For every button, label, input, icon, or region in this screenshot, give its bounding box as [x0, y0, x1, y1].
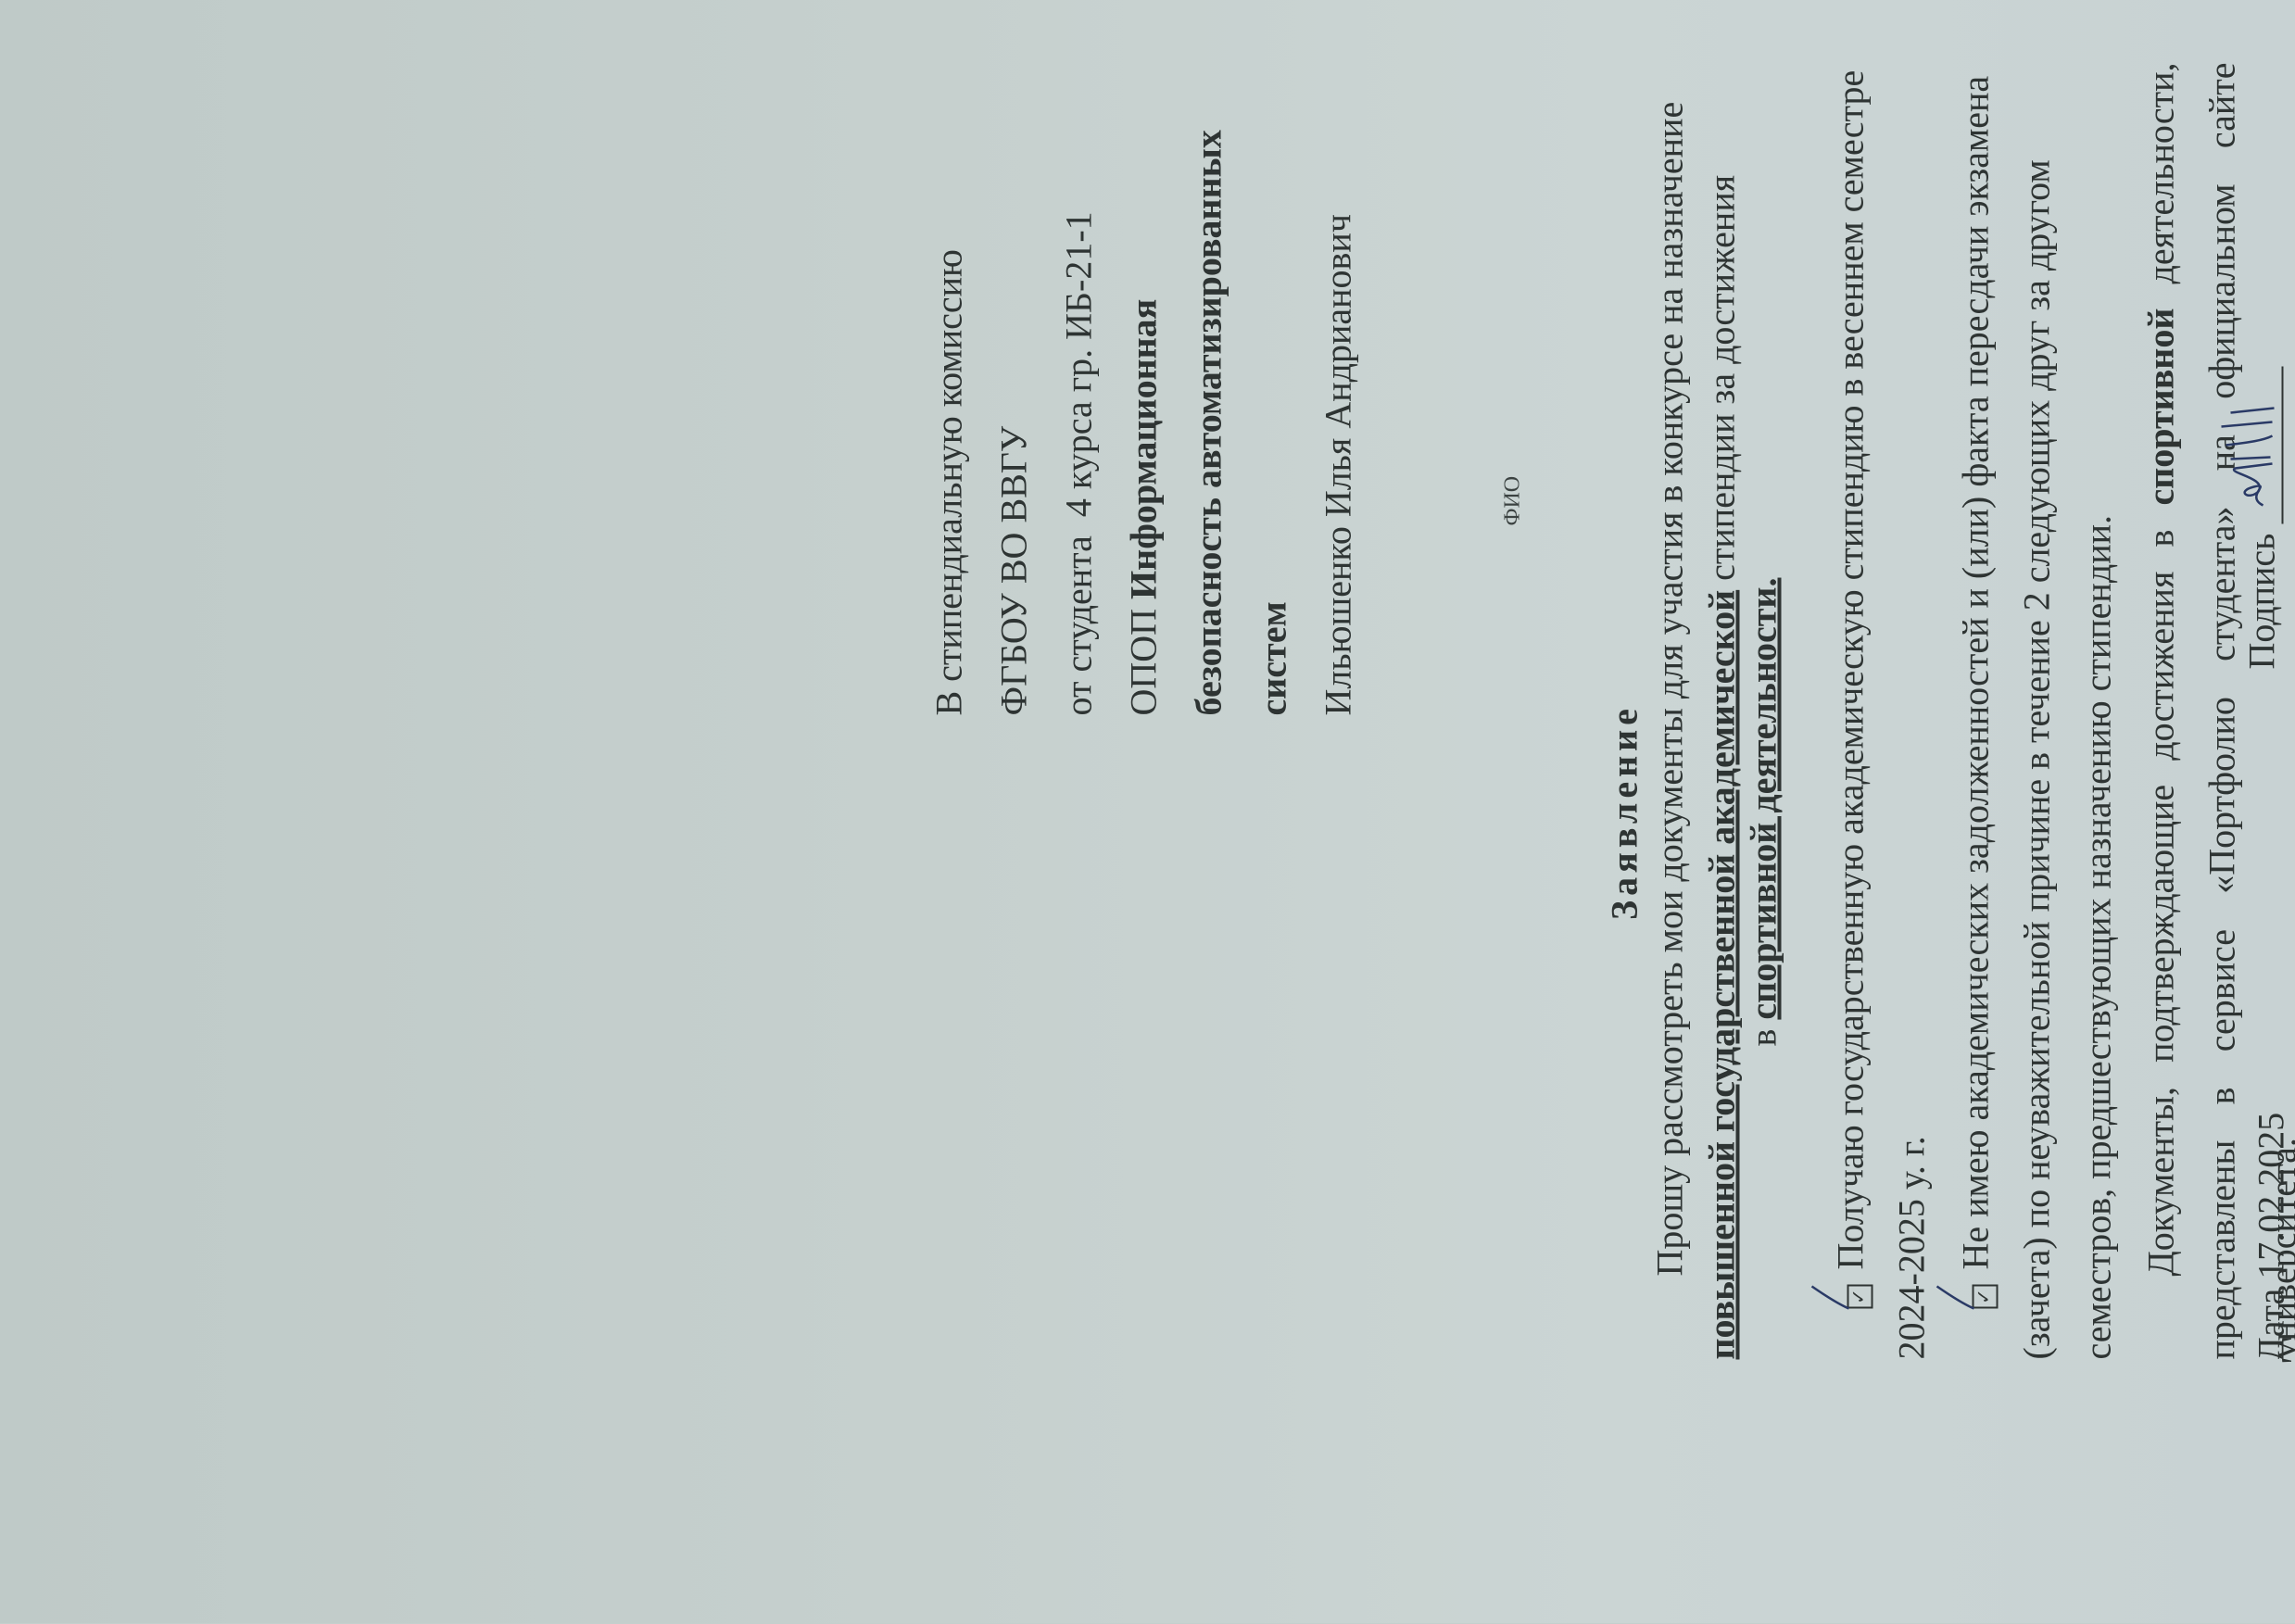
achievement-area: в спортивной деятельности. — [1742, 1, 1785, 1624]
condition-1-continued: 2024-2025 у. г. — [1882, 63, 1943, 1360]
student-line: от студента 4 курса гр. ИБ-21-1 — [1047, 49, 1112, 716]
scholarship-type: повышенной государственной академической — [1701, 590, 1743, 1360]
checkbox-icon[interactable]: ✓ — [1973, 1285, 1999, 1309]
addressee-line: В стипендиальную комиссию — [917, 49, 982, 716]
addressee-block: В стипендиальную комиссию ФГБОУ ВО ВВГУ … — [917, 49, 1371, 716]
program-line-2: безопасность автоматизированных — [1177, 49, 1242, 716]
program-line: ОПОП Информационная — [1112, 49, 1177, 716]
application-page: В стипендиальную комиссию ФГБОУ ВО ВВГУ … — [0, 1, 2295, 1624]
condition-2-continued: (зачета) по неуважительной причине в теч… — [2007, 63, 2068, 1360]
date-field: Дата 17.02.2025 — [2250, 1113, 2293, 1363]
document-title: Заявление — [1603, 1, 1646, 1624]
course-value: 4 — [1058, 498, 1100, 517]
condition-1: ✓ Получаю государственную академическую … — [1821, 12, 1882, 1309]
student-full-name: Ильюшенко Илья Андрианович — [1306, 49, 1371, 716]
signature-field: Подпись — [2240, 367, 2284, 670]
handwritten-tick-icon — [1934, 1285, 1980, 1313]
group-value: ИБ-21-1 — [1058, 211, 1100, 340]
condition-2-continued-2: семестров, предшествующих назначению сти… — [2068, 63, 2129, 1360]
date-value: 17.02.2025 — [2251, 1113, 2292, 1279]
checkbox-icon[interactable]: ✓ — [1847, 1285, 1873, 1309]
condition-2: ✓ Не имею академических задолженностей и… — [1946, 68, 2007, 1309]
fio-caption: ФИО — [1501, 476, 1526, 526]
handwritten-signature-icon — [2208, 358, 2282, 515]
handwritten-tick-icon — [1809, 1285, 1855, 1313]
achievement-area-value: спортивной деятельности. — [1743, 578, 1784, 1020]
program-line-3: систем — [1242, 49, 1306, 716]
request-paragraph: Прошу рассмотреть мои документы для учас… — [1645, 63, 1748, 1360]
university-line: ФГБОУ ВО ВВГУ — [982, 49, 1047, 716]
signature-line — [2245, 367, 2284, 524]
